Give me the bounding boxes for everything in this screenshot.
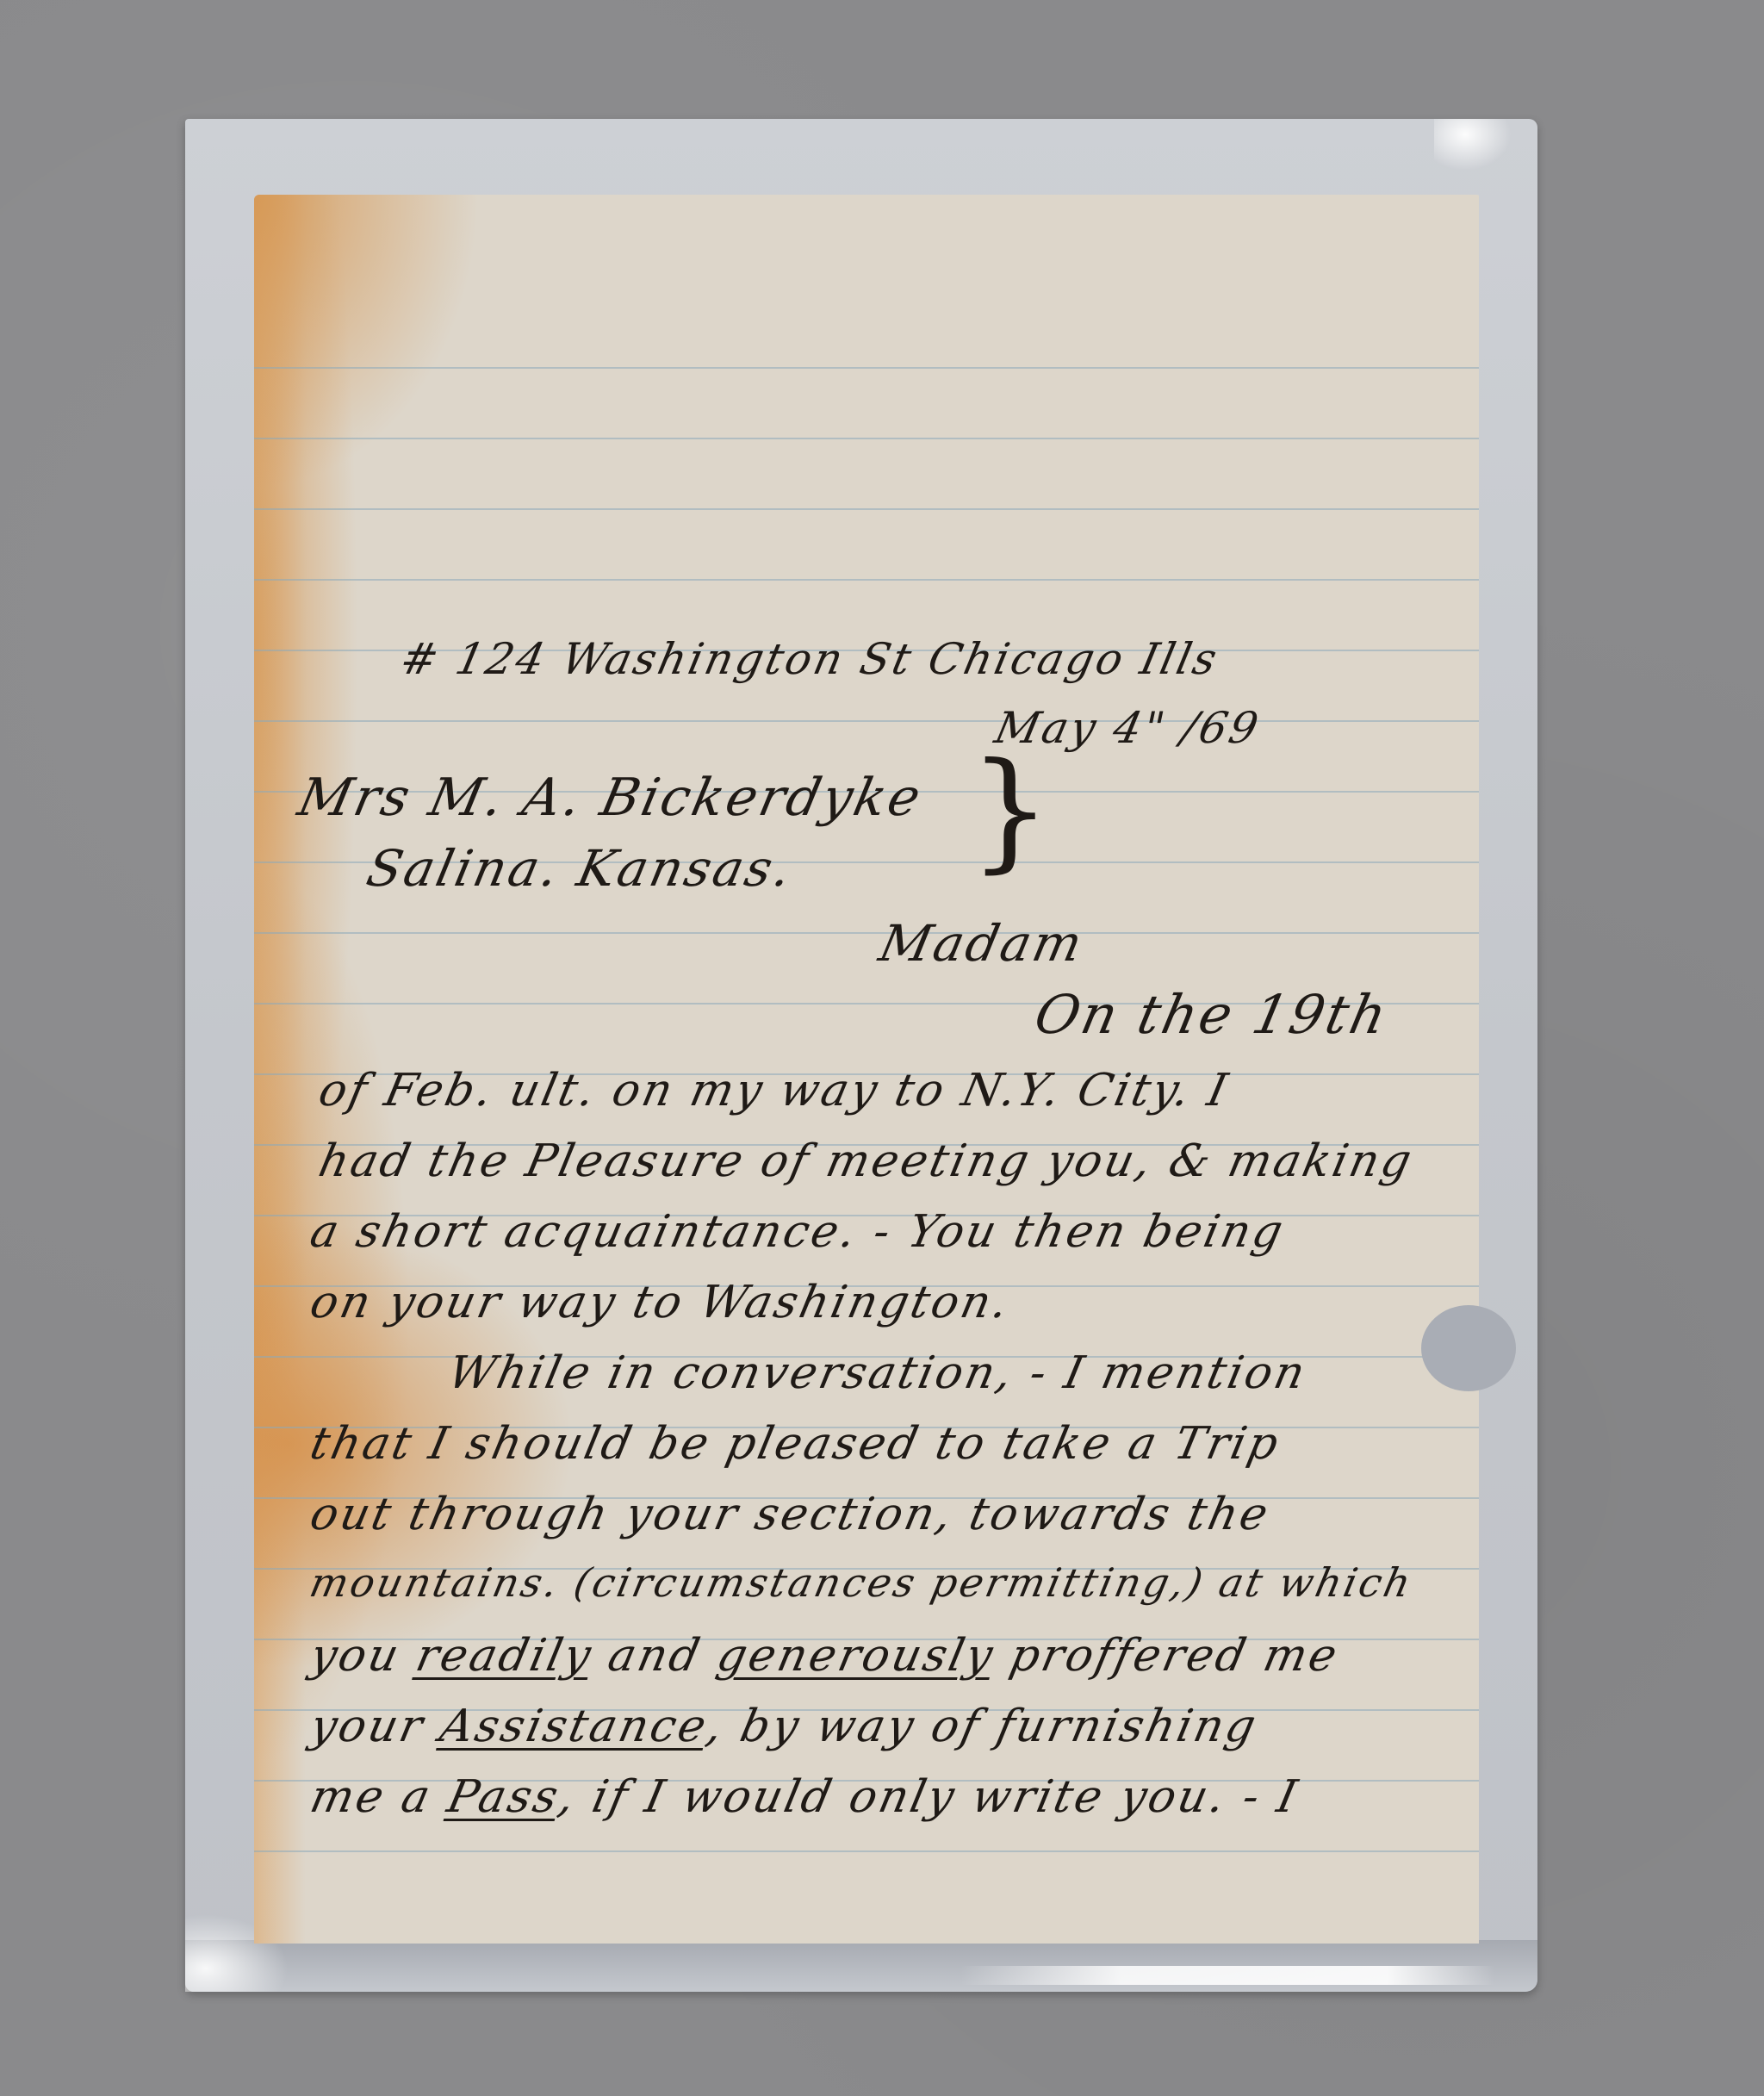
text-segment: proffered me [989, 1630, 1345, 1682]
heading-address: # 124 Washington St Chicago Ills [396, 634, 1224, 684]
body-line-10: your Assistance, by way of furnishing [306, 1701, 1263, 1752]
body-line-6: that I should be pleased to take a Trip [306, 1418, 1285, 1470]
rule-line [254, 1850, 1479, 1852]
rule-line [254, 438, 1479, 439]
body-line-8: mountains. (circumstances permitting,) a… [306, 1559, 1417, 1606]
underlined-word-generously: generously [712, 1630, 999, 1682]
body-line-11: me a Pass, if I would only write you. - … [306, 1771, 1304, 1823]
rule-line [254, 579, 1479, 581]
opening-phrase: On the 19th [1029, 983, 1394, 1046]
paper-tear-notch [1421, 1305, 1516, 1391]
letter-page: # 124 Washington St Chicago Ills May 4" … [254, 195, 1479, 1944]
sleeve-glare-top-right [1434, 119, 1512, 171]
body-line-9: you readily and generously proffered me [306, 1630, 1344, 1682]
salutation: Madam [874, 914, 1090, 973]
underlined-word-pass: Pass [443, 1771, 565, 1823]
text-segment: , by way of furnishing [702, 1701, 1263, 1752]
rule-line [254, 932, 1479, 934]
text-segment: you [306, 1630, 422, 1682]
text-segment: your [306, 1701, 446, 1752]
rule-line [254, 720, 1479, 722]
text-segment: and [587, 1630, 724, 1682]
recipient-brace: } [969, 746, 1051, 875]
body-line-1: of Feb. ult. on my way to N.Y. City. I [314, 1065, 1234, 1116]
body-line-5: While in conversation, - I mention [444, 1347, 1312, 1399]
rule-line [254, 367, 1479, 369]
text-segment: me a [306, 1771, 454, 1823]
body-line-3: a short acquaintance. - You then being [306, 1206, 1289, 1258]
recipient-name: Mrs M. A. Bickerdyke [293, 768, 929, 828]
underlined-word-assistance: Assistance [436, 1701, 713, 1752]
body-line-4: on your way to Washington. [306, 1277, 1016, 1328]
underlined-word-readily: readily [412, 1630, 598, 1682]
rule-line [254, 508, 1479, 510]
recipient-location: Salina. Kansas. [362, 839, 798, 898]
body-line-7: out through your section, towards the [306, 1489, 1275, 1540]
text-segment: , if I would only write you. - I [554, 1771, 1303, 1823]
sleeve-glare-bottom [960, 1966, 1494, 1985]
body-line-2: had the Pleasure of meeting you, & makin… [314, 1135, 1419, 1187]
